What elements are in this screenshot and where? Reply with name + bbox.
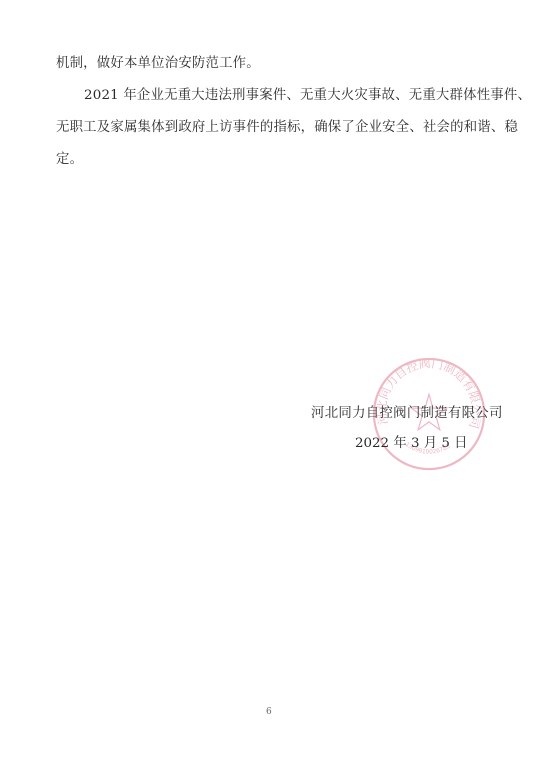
paragraph-line: 定。 bbox=[56, 148, 83, 167]
paragraph-line: 2021 年企业无重大违法刑事案件、无重大火灾事故、无重大群体性事件、 bbox=[84, 84, 531, 103]
paragraph-line: 机制，做好本单位治安防范工作。 bbox=[56, 52, 260, 71]
page-number: 6 bbox=[266, 707, 272, 717]
signature-company: 河北同力自控阀门制造有限公司 bbox=[311, 402, 503, 421]
paragraph-line: 无职工及家属集体到政府上访事件的指标，确保了企业安全、社会的和谐、稳 bbox=[56, 116, 518, 135]
signature-date: 2022 年 3 月 5 日 bbox=[355, 432, 468, 451]
